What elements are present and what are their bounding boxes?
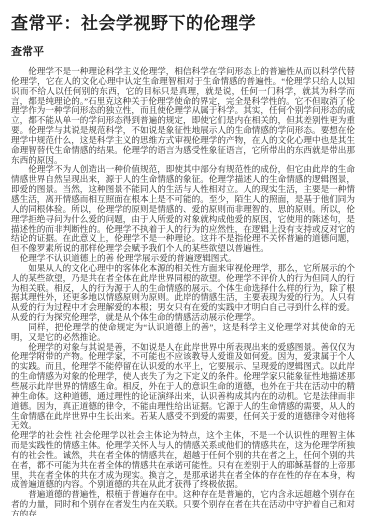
paragraph: 如果从人的文化心理中的客体化本源的相关性方面来审视伦理学，那么，它所展示的个人的… xyxy=(11,264,355,323)
article-title: 查常平：社会学视野下的伦理学 xyxy=(11,13,355,34)
paragraph: 同样，把伦理学的使命规定为“认识道德上的善”，这是科学主义伦理学对其使命的无明，… xyxy=(11,323,355,343)
article-body: 伦理学不是一种理论科学主义伦理学，相信科学在学问形态上的普遍性从而以科学代替伦理… xyxy=(11,67,355,516)
article-author: 查常平 xyxy=(11,45,355,59)
paragraph: 伦理学不为人创造出一种价值规范，即使其中部分有规范性的成份，但它由此岸的生命情感… xyxy=(11,165,355,254)
paragraph: 伦理学的社会性 社会伦理学以社会主体论为特点，这个主体，不是一个认识性的理智主体… xyxy=(11,431,355,490)
paragraph: 伦理学不是一种理论科学主义伦理学，相信科学在学问形态上的普遍性从而以科学代替伦理… xyxy=(11,67,355,165)
paragraph: 伦理学的对象与其说是善，不如说是人在此岸世界中所表现出来的爱感图景。善仅仅为伦理… xyxy=(11,343,355,432)
document-page: 查常平：社会学视野下的伦理学 查常平 伦理学不是一种理论科学主义伦理学，相信科学… xyxy=(0,0,365,516)
paragraph: 普遍道德的普遍性，根植于普遍存在中。这种存在是普遍的，它内含永远超越个别存在者的… xyxy=(11,490,355,516)
